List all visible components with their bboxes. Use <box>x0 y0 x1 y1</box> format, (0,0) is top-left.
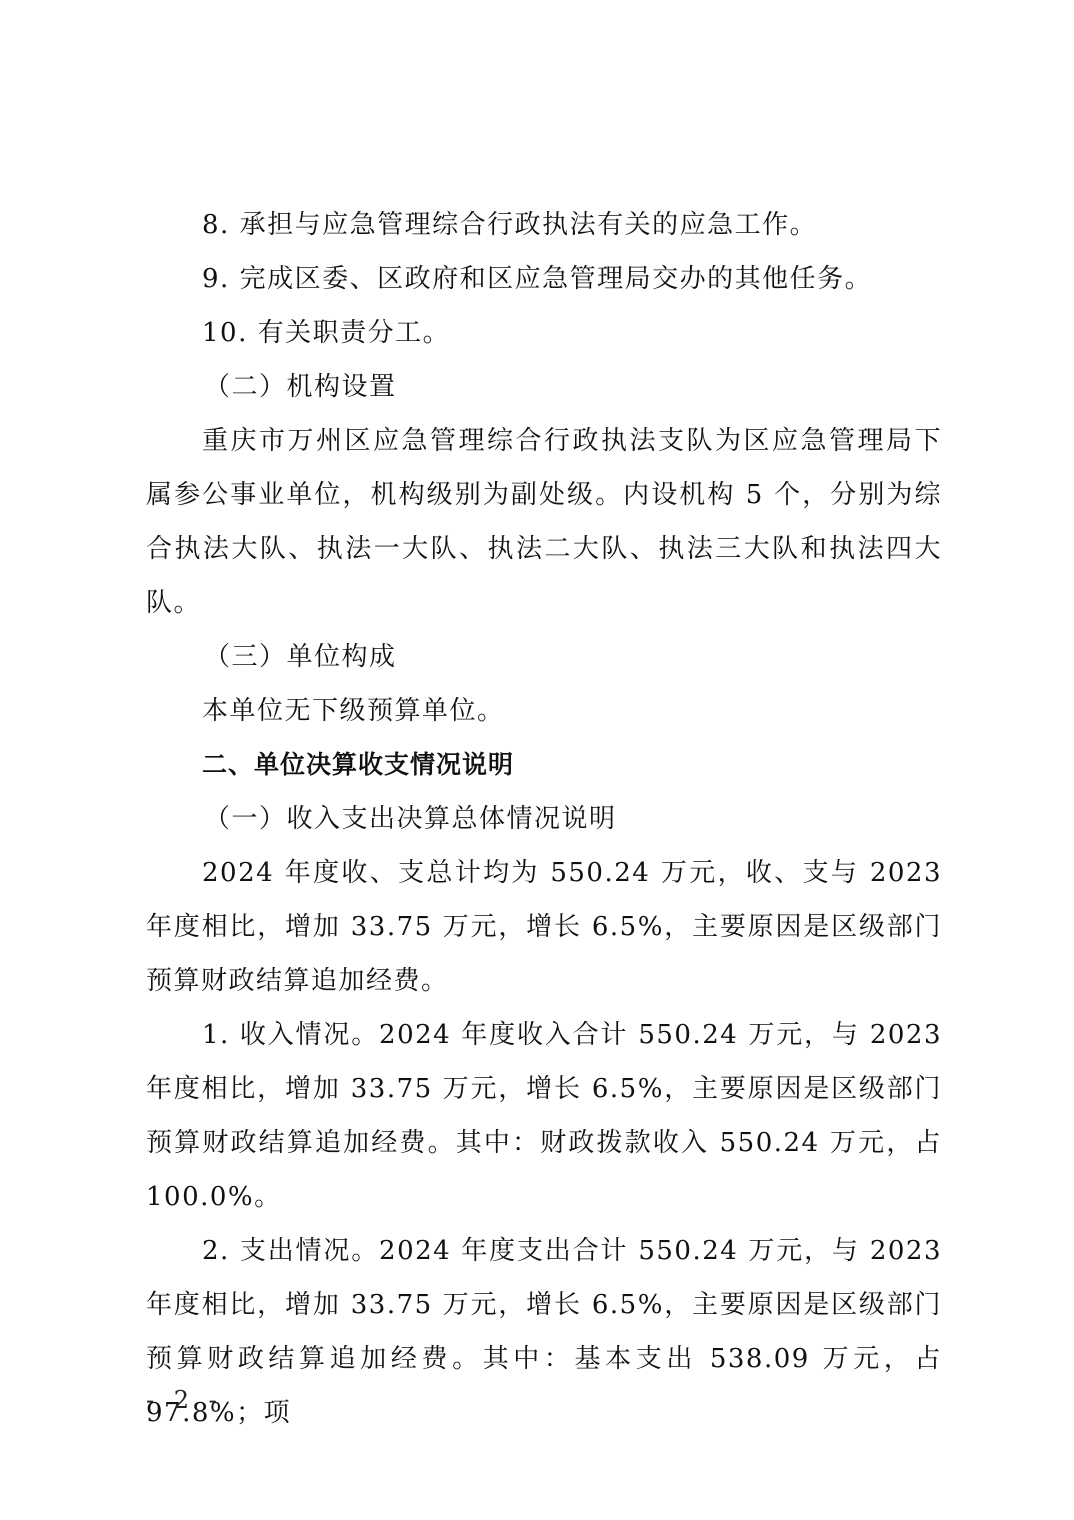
paragraph-expense-details: 2. 支出情况。2024 年度支出合计 550.24 万元，与 2023 年度相… <box>146 1224 942 1440</box>
subheading-organization-setup: （二）机构设置 <box>146 360 942 414</box>
section-heading-budget-description: 二、单位决算收支情况说明 <box>146 738 942 792</box>
subheading-unit-composition: （三）单位构成 <box>146 630 942 684</box>
document-page: 8. 承担与应急管理综合行政执法有关的应急工作。 9. 完成区委、区政府和区应急… <box>0 0 1074 1520</box>
list-item-duty-10: 10. 有关职责分工。 <box>146 306 942 360</box>
list-item-duty-8: 8. 承担与应急管理综合行政执法有关的应急工作。 <box>146 198 942 252</box>
text-no-subordinate-units: 本单位无下级预算单位。 <box>146 684 942 738</box>
page-number: - 2 - <box>146 1386 223 1414</box>
paragraph-total-income-expense: 2024 年度收、支总计均为 550.24 万元，收、支与 2023 年度相比，… <box>146 846 942 1008</box>
paragraph-income-details: 1. 收入情况。2024 年度收入合计 550.24 万元，与 2023 年度相… <box>146 1008 942 1224</box>
document-body: 8. 承担与应急管理综合行政执法有关的应急工作。 9. 完成区委、区政府和区应急… <box>146 198 942 1440</box>
subheading-overall-income-expense: （一）收入支出决算总体情况说明 <box>146 792 942 846</box>
paragraph-organization-description: 重庆市万州区应急管理综合行政执法支队为区应急管理局下属参公事业单位，机构级别为副… <box>146 414 942 630</box>
list-item-duty-9: 9. 完成区委、区政府和区应急管理局交办的其他任务。 <box>146 252 942 306</box>
